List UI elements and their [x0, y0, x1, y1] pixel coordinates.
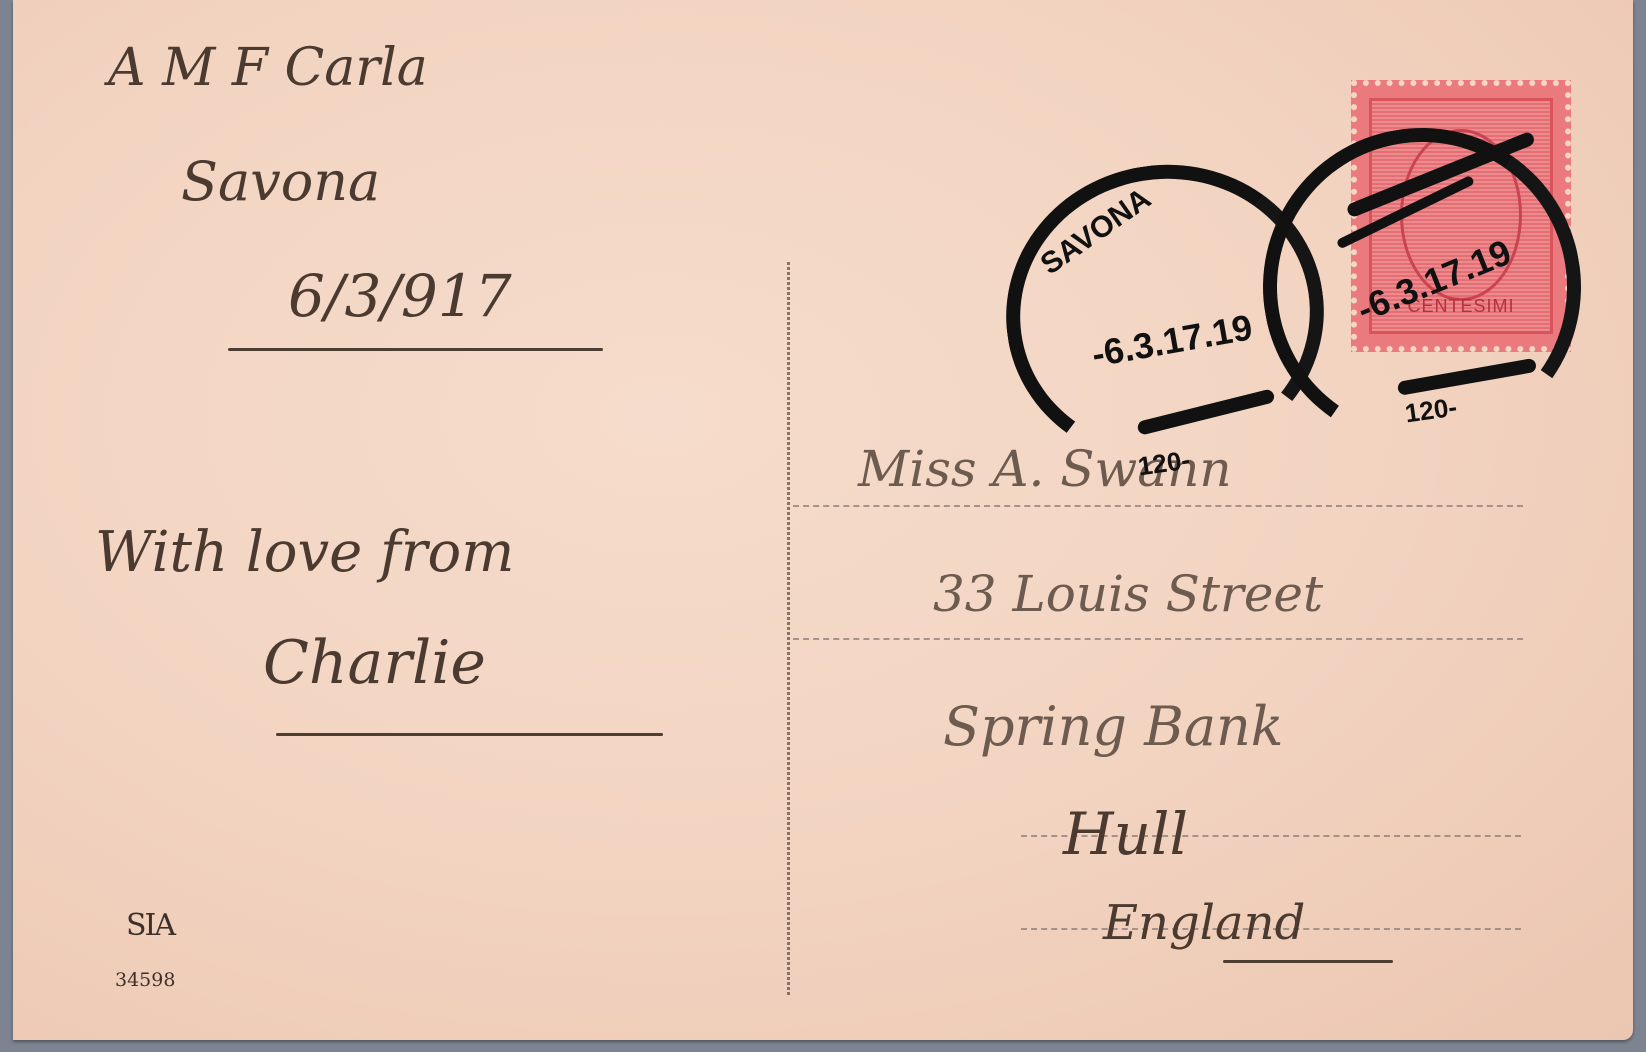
sender-place: Savona: [181, 150, 380, 213]
sender-name: A M F Carla: [108, 38, 428, 98]
recipient-city: Hull: [1063, 800, 1188, 868]
country-underline: [1223, 960, 1393, 963]
address-line-2: [793, 638, 1523, 640]
message-line: With love from: [95, 520, 514, 585]
signature-underline: [276, 733, 663, 736]
date-underline: [228, 348, 603, 351]
center-divider: [787, 262, 790, 997]
message-signature: Charlie: [263, 628, 486, 698]
recipient-district: Spring Bank: [943, 695, 1284, 758]
address-line-1: [793, 505, 1523, 507]
publisher-logo: SIA: [126, 908, 174, 943]
recipient-country: England: [1103, 895, 1305, 951]
sender-date: 6/3/917: [288, 262, 512, 330]
postcard: A M F Carla Savona 6/3/917 With love fro…: [13, 0, 1633, 1040]
publisher-serial: 34598: [115, 969, 175, 991]
recipient-street: 33 Louis Street: [933, 565, 1323, 623]
